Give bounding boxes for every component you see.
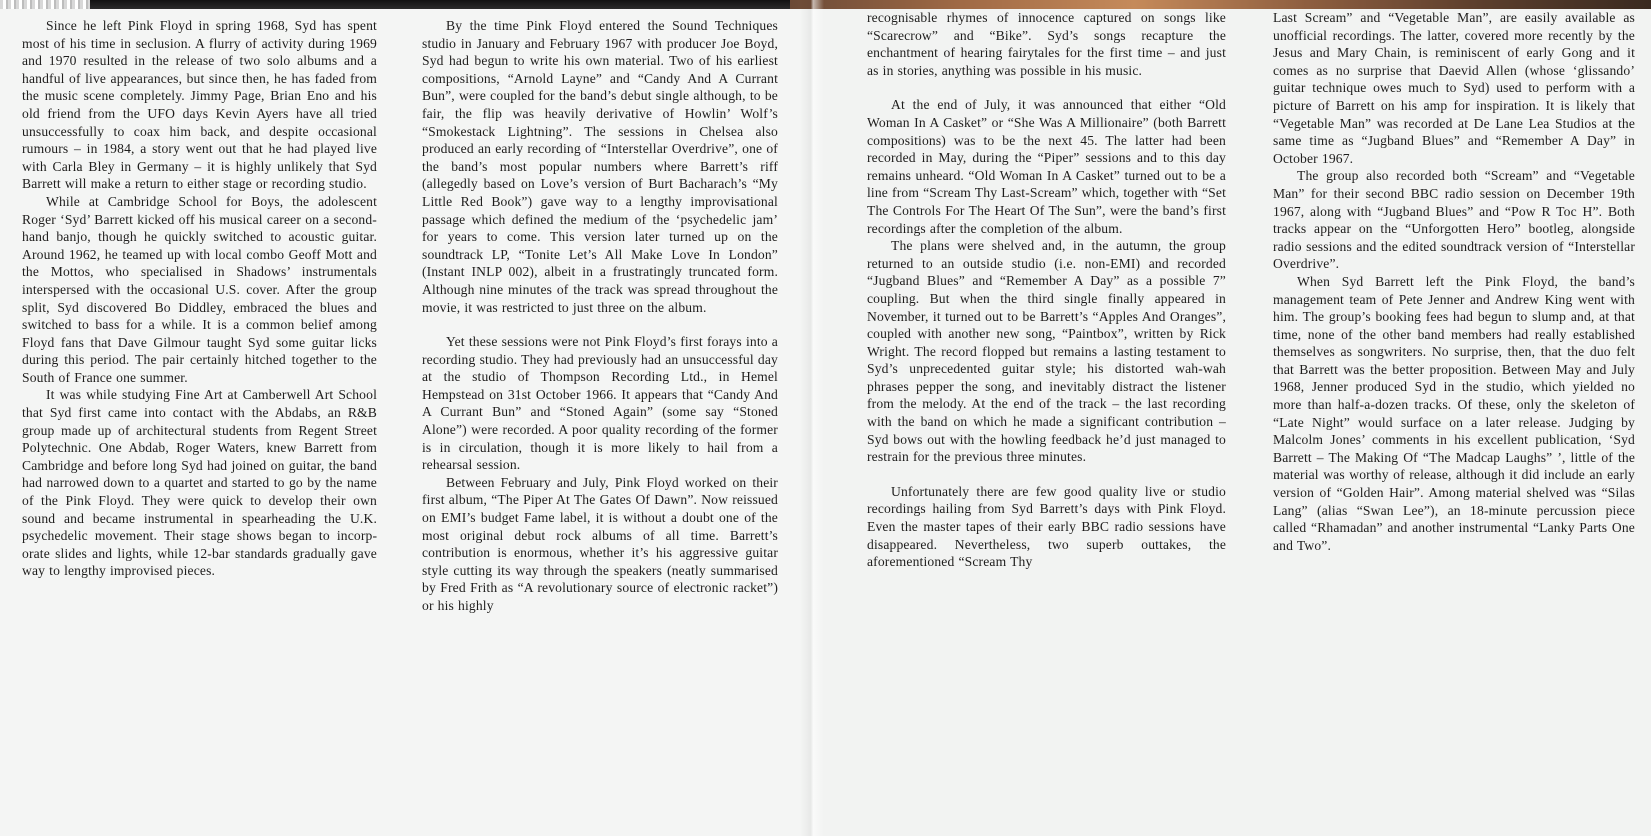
paragraph: Last Scream” and “Vegetable Man”, are ea… xyxy=(1273,9,1635,167)
photo-edge-dark xyxy=(90,0,790,9)
paragraph: Between February and July, Pink Floyd wo… xyxy=(422,474,778,615)
paragraph: Unfortunately there are few good quality… xyxy=(867,483,1226,571)
photo-edge-left xyxy=(0,0,90,9)
text-column-3: recognisable rhymes of innocence capture… xyxy=(867,9,1226,571)
paragraph: recognisable rhymes of innocence capture… xyxy=(867,9,1226,79)
paragraph: Yet these sessions were not Pink Floyd’s… xyxy=(422,333,778,474)
photo-edge-strip xyxy=(0,0,1651,9)
paragraph: When Syd Barrett left the Pink Floyd, th… xyxy=(1273,273,1635,555)
paragraph: The plans were shelved and, in the autum… xyxy=(867,237,1226,466)
paragraph: Since he left Pink Floyd in spring 1968,… xyxy=(22,17,377,193)
paragraph: While at Cambridge School for Boys, the … xyxy=(22,193,377,387)
text-column-2: By the time Pink Floyd entered the Sound… xyxy=(422,17,778,615)
photo-edge-warm xyxy=(790,0,1651,9)
paragraph: By the time Pink Floyd entered the Sound… xyxy=(422,17,778,316)
paragraph: The group also recorded both “Scream” an… xyxy=(1273,167,1635,273)
text-column-4: Last Scream” and “Vegetable Man”, are ea… xyxy=(1273,9,1635,554)
text-column-1: Since he left Pink Floyd in spring 1968,… xyxy=(22,17,377,580)
paragraph: It was while studying Fine Art at Camber… xyxy=(22,386,377,580)
paragraph: At the end of July, it was announced tha… xyxy=(867,96,1226,237)
